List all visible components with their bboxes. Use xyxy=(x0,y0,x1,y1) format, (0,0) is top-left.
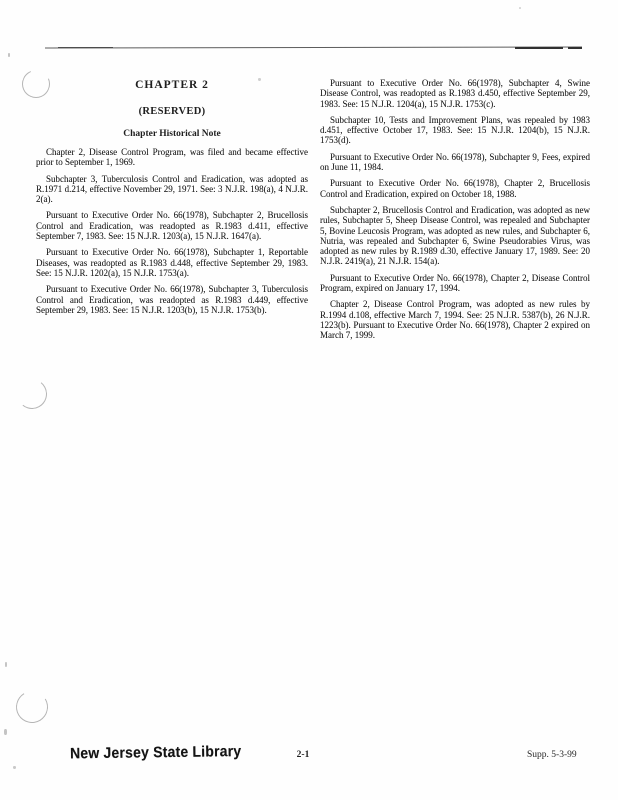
historical-note-paragraph: Subchapter 10, Tests and Improvement Pla… xyxy=(320,115,590,146)
historical-note-heading: Chapter Historical Note xyxy=(36,129,308,139)
left-column: CHAPTER 2 (RESERVED) Chapter Historical … xyxy=(36,76,308,321)
scan-edge-dash xyxy=(515,47,563,49)
punch-hole-mark xyxy=(13,688,52,727)
historical-note-paragraph: Pursuant to Executive Order No. 66(1978)… xyxy=(320,78,590,109)
scan-speck xyxy=(4,729,7,735)
page-number: 2-1 xyxy=(283,750,323,760)
scan-speck xyxy=(8,53,10,57)
historical-note-paragraph: Pursuant to Executive Order No. 66(1978)… xyxy=(36,247,308,278)
scan-edge-line xyxy=(45,46,582,48)
historical-note-paragraph: Chapter 2, Disease Control Program, was … xyxy=(320,299,590,340)
scan-edge-dash xyxy=(568,47,582,49)
supplement-date: Supp. 5-3-99 xyxy=(527,750,577,760)
historical-note-paragraph: Chapter 2, Disease Control Program, was … xyxy=(36,147,308,168)
scan-speck xyxy=(5,662,7,667)
right-column: Pursuant to Executive Order No. 66(1978)… xyxy=(320,74,590,347)
scan-speck xyxy=(519,7,521,9)
scan-edge-dash xyxy=(58,47,113,49)
historical-note-paragraph: Pursuant to Executive Order No. 66(1978)… xyxy=(320,178,590,199)
historical-note-paragraph: Pursuant to Executive Order No. 66(1978)… xyxy=(320,273,590,294)
historical-note-paragraph: Subchapter 2, Brucellosis Control and Er… xyxy=(320,205,590,267)
historical-note-paragraph: Pursuant to Executive Order No. 66(1978)… xyxy=(320,152,590,173)
historical-note-paragraph: Subchapter 3, Tuberculosis Control and E… xyxy=(36,174,308,205)
punch-hole-mark xyxy=(16,378,49,411)
historical-note-paragraph: Pursuant to Executive Order No. 66(1978)… xyxy=(36,284,308,315)
scan-speck xyxy=(13,766,16,769)
historical-note-paragraph: Pursuant to Executive Order No. 66(1978)… xyxy=(36,210,308,241)
chapter-title: CHAPTER 2 xyxy=(36,79,308,91)
library-stamp: New Jersey State Library xyxy=(70,742,242,762)
reserved-label: (RESERVED) xyxy=(36,106,308,117)
scanned-page: CHAPTER 2 (RESERVED) Chapter Historical … xyxy=(0,0,618,800)
